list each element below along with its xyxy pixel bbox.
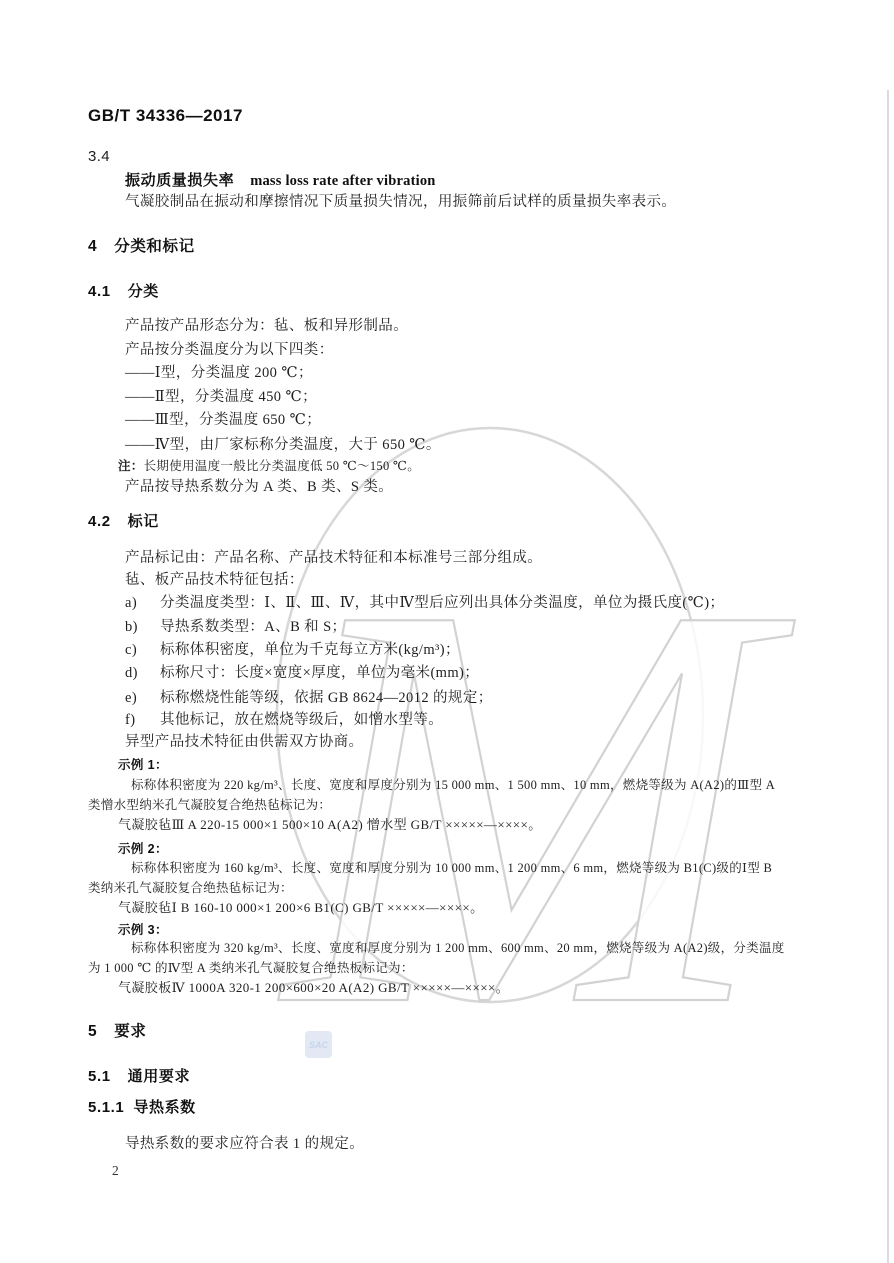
note: 注：长期使用温度一般比分类温度低 50 ℃～150 ℃。 bbox=[118, 458, 420, 474]
clause-5-number: 5 bbox=[88, 1023, 97, 1040]
paragraph: 导热系数的要求应符合表 1 的规定。 bbox=[125, 1135, 364, 1153]
paragraph: 产品标记由：产品名称、产品技术特征和本标准号三部分组成。 bbox=[125, 549, 542, 567]
list-item-label: e) bbox=[125, 689, 160, 707]
clause-5-1-title: 通用要求 bbox=[128, 1068, 190, 1085]
paragraph: 产品按导热系数分为 A 类、B 类、S 类。 bbox=[125, 478, 393, 496]
example-description: 类纳米孔气凝胶复合绝热毡标记为： bbox=[88, 880, 293, 896]
list-item-text: 导热系数类型：A、B 和 S； bbox=[160, 619, 346, 635]
clause-5-heading: 5要求 bbox=[88, 1023, 146, 1041]
clause-4-1-title: 分类 bbox=[128, 283, 159, 300]
list-item-text: 标称尺寸：长度×宽度×厚度，单位为毫米(mm)； bbox=[160, 665, 479, 681]
paragraph: 毡、板产品技术特征包括： bbox=[125, 571, 304, 589]
document-page: M SAC GB/T 34336—2017 3.4 振动质量损失率mass lo… bbox=[0, 0, 894, 1263]
clause-5-1-1-number: 5.1.1 bbox=[88, 1099, 124, 1116]
clause-3-4-term: 振动质量损失率mass loss rate after vibration bbox=[125, 169, 436, 190]
list-item-label: f) bbox=[125, 711, 160, 729]
lettered-list-item: e)标称燃烧性能等级，依据 GB 8624—2012 的规定； bbox=[125, 689, 493, 707]
list-item-label: d) bbox=[125, 664, 160, 682]
paragraph: 产品按分类温度分为以下四类： bbox=[125, 341, 334, 359]
lettered-list-item: b)导热系数类型：A、B 和 S； bbox=[125, 618, 346, 636]
clause-4-number: 4 bbox=[88, 238, 97, 255]
clause-4-title: 分类和标记 bbox=[114, 238, 195, 255]
clause-4-heading: 4分类和标记 bbox=[88, 238, 195, 256]
paragraph: 产品按产品形态分为：毡、板和异形制品。 bbox=[125, 317, 408, 335]
clause-5-1-1-heading: 5.1.1导热系数 bbox=[88, 1099, 196, 1117]
lettered-list-item: d)标称尺寸：长度×宽度×厚度，单位为毫米(mm)； bbox=[125, 664, 479, 682]
term-chinese: 振动质量损失率 bbox=[125, 172, 234, 189]
example-label: 示例 3： bbox=[118, 920, 168, 938]
example-description: 标称体积密度为 160 kg/m³、长度、宽度和厚度分别为 10 000 mm、… bbox=[131, 860, 772, 876]
clause-5-1-heading: 5.1通用要求 bbox=[88, 1068, 190, 1086]
type-list-item: ——Ⅱ型，分类温度 450 ℃； bbox=[125, 388, 317, 406]
clause-5-1-number: 5.1 bbox=[88, 1068, 111, 1085]
clause-5-title: 要求 bbox=[114, 1023, 146, 1040]
list-item-text: 分类温度类型：Ⅰ、Ⅱ、Ⅲ、Ⅳ，其中Ⅳ型后应列出具体分类温度，单位为摄氏度(℃)； bbox=[160, 595, 724, 611]
note-text: 长期使用温度一般比分类温度低 50 ℃～150 ℃。 bbox=[144, 459, 420, 473]
example-description: 类憎水型纳米孔气凝胶复合绝热毡标记为： bbox=[88, 797, 331, 813]
clause-3-4-number: 3.4 bbox=[88, 148, 110, 166]
clause-4-2-number: 4.2 bbox=[88, 513, 111, 530]
lettered-list-item: c)标称体积密度，单位为千克每立方米(kg/m³)； bbox=[125, 641, 460, 659]
clause-4-1-number: 4.1 bbox=[88, 283, 111, 300]
list-item-label: c) bbox=[125, 641, 160, 659]
clause-4-2-title: 标记 bbox=[128, 513, 159, 530]
list-item-text: 标称燃烧性能等级，依据 GB 8624—2012 的规定； bbox=[160, 690, 493, 706]
example-designation: 气凝胶板Ⅳ 1000A 320-1 200×600×20 A(A2) GB/T … bbox=[118, 980, 509, 996]
list-item-label: a) bbox=[125, 594, 160, 612]
list-item-text: 其他标记，放在燃烧等级后，如憎水型等。 bbox=[160, 712, 443, 728]
lettered-list-item: a)分类温度类型：Ⅰ、Ⅱ、Ⅲ、Ⅳ，其中Ⅳ型后应列出具体分类温度，单位为摄氏度(℃… bbox=[125, 594, 724, 612]
paragraph: 异型产品技术特征由供需双方协商。 bbox=[125, 733, 363, 751]
scan-edge-line bbox=[887, 90, 889, 1263]
clause-3-4-definition: 气凝胶制品在振动和摩擦情况下质量损失情况，用振筛前后试样的质量损失率表示。 bbox=[125, 193, 676, 211]
page-number: 2 bbox=[112, 1163, 119, 1179]
type-list-item: ——Ⅲ型，分类温度 650 ℃； bbox=[125, 411, 321, 429]
list-item-label: b) bbox=[125, 618, 160, 636]
term-english: mass loss rate after vibration bbox=[250, 173, 435, 189]
example-label: 示例 2： bbox=[118, 839, 168, 857]
clause-4-2-heading: 4.2标记 bbox=[88, 513, 159, 531]
standard-number-header: GB/T 34336—2017 bbox=[88, 106, 243, 126]
clause-5-1-1-title: 导热系数 bbox=[133, 1099, 195, 1116]
list-item-text: 标称体积密度，单位为千克每立方米(kg/m³)； bbox=[160, 642, 460, 658]
example-designation: 气凝胶毡Ⅲ A 220-15 000×1 500×10 A(A2) 憎水型 GB… bbox=[118, 817, 542, 833]
lettered-list-item: f)其他标记，放在燃烧等级后，如憎水型等。 bbox=[125, 711, 443, 729]
sac-stamp-watermark: SAC bbox=[305, 1031, 332, 1058]
example-description: 标称体积密度为 320 kg/m³、长度、宽度和厚度分别为 1 200 mm、6… bbox=[131, 940, 785, 956]
example-description: 标称体积密度为 220 kg/m³、长度、宽度和厚度分别为 15 000 mm、… bbox=[131, 777, 775, 793]
note-label: 注： bbox=[118, 459, 144, 473]
example-designation: 气凝胶毡Ⅰ B 160-10 000×1 200×6 B1(C) GB/T ××… bbox=[118, 900, 484, 916]
watermark-letter-icon: M bbox=[276, 484, 802, 1126]
example-description: 为 1 000 ℃ 的Ⅳ型 A 类纳米孔气凝胶复合绝热板标记为： bbox=[88, 960, 414, 976]
type-list-item: ——Ⅳ型，由厂家标称分类温度，大于 650 ℃。 bbox=[125, 436, 441, 454]
type-list-item: ——Ⅰ型，分类温度 200 ℃； bbox=[125, 364, 313, 382]
clause-4-1-heading: 4.1分类 bbox=[88, 283, 159, 301]
example-label: 示例 1： bbox=[118, 755, 168, 773]
